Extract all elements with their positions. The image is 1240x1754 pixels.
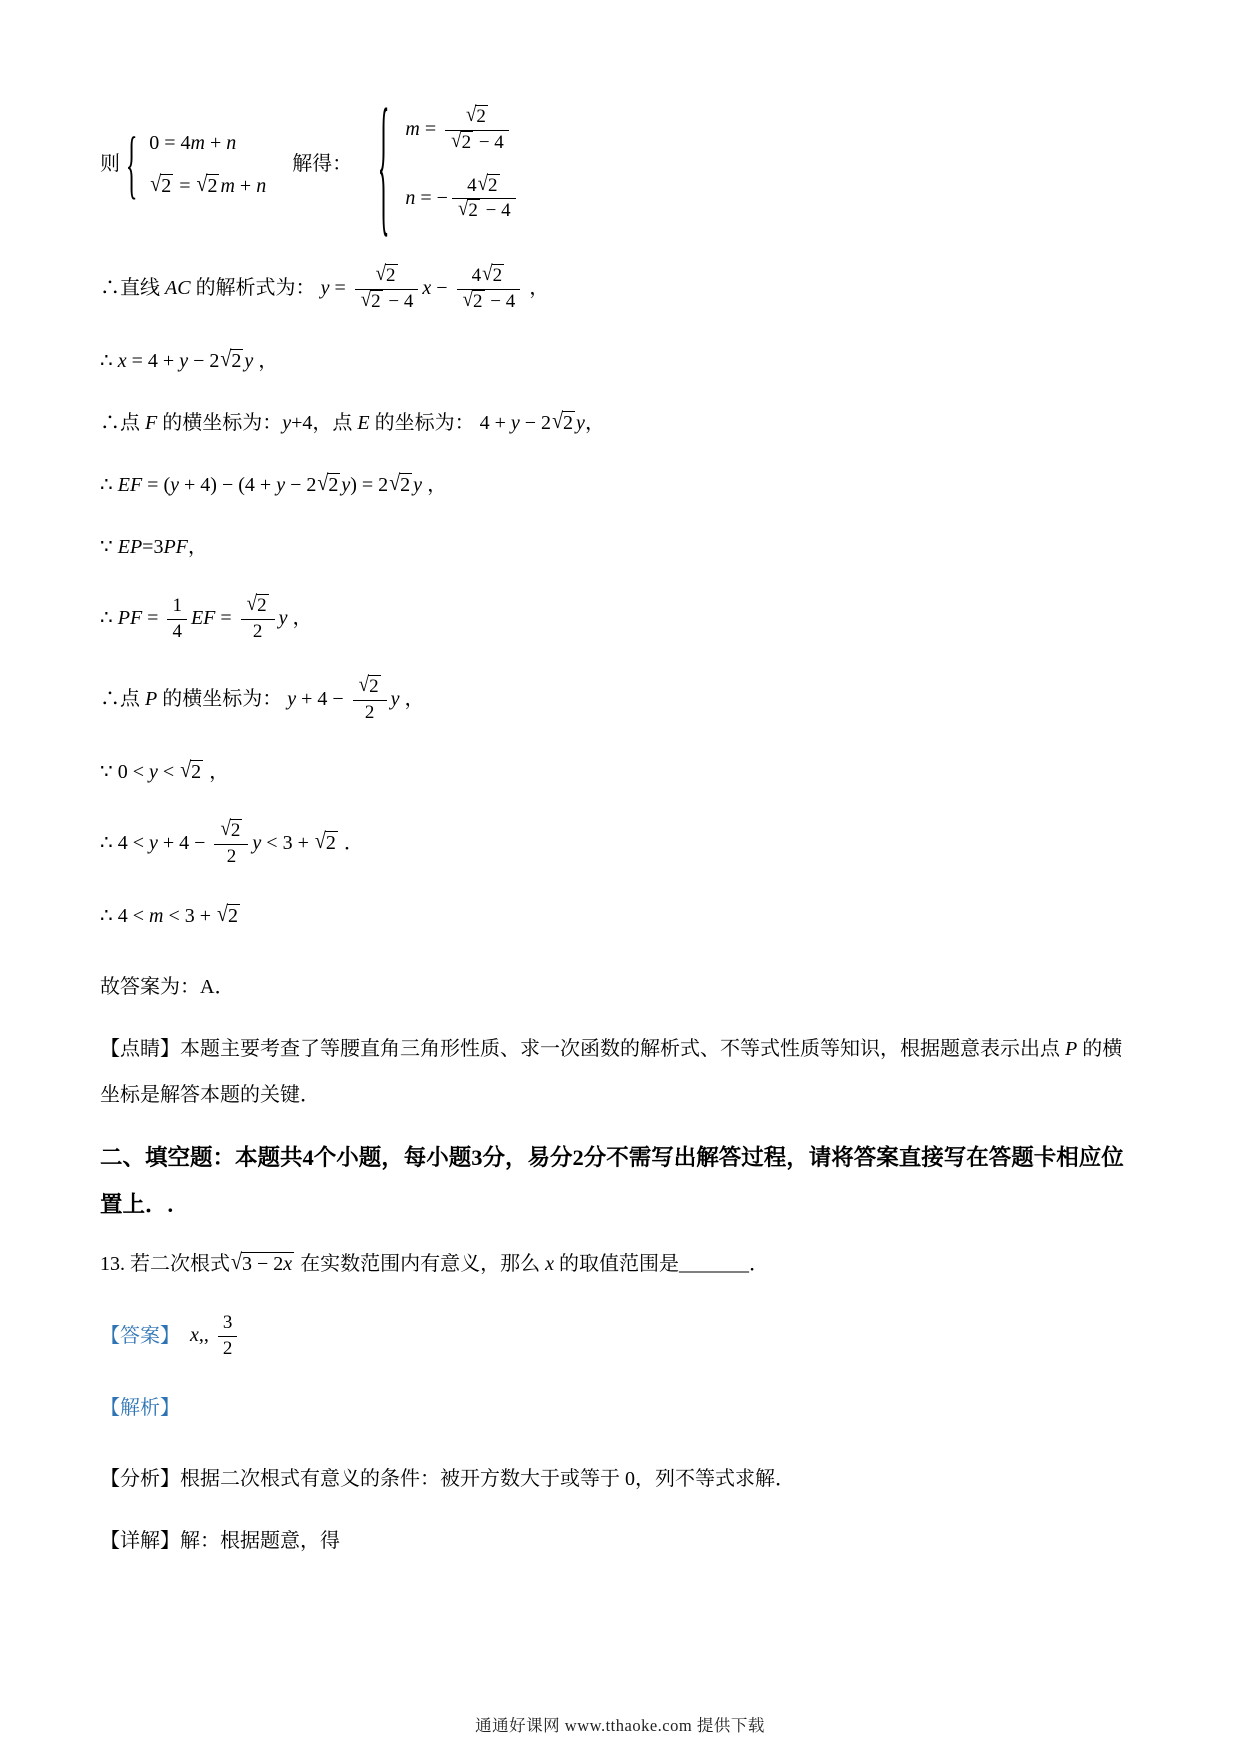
system-of-equations: 则{0 = 4m + n√2 = √2m + n解得：{m = √2√2 − 4… <box>100 106 1140 223</box>
answer-value: x,, 32 <box>190 1312 241 1361</box>
fraction: √22 <box>214 820 248 869</box>
line-inequality: ∴ 4 < y + 4 − √22y < 3 + √2 ． <box>100 820 1140 869</box>
left-brace: { <box>126 127 138 203</box>
line-y-range: ∵ 0 < y < √2 ， <box>100 758 1140 787</box>
brace-system: {m = √2√2 − 4n = −4√2√2 − 4 <box>372 106 519 223</box>
radical: √2 <box>359 676 381 699</box>
line-ef-length: ∴ EF = (y + 4) − (4 + y − 2√2y) = 2√2y ， <box>100 471 1140 500</box>
answer-label: 【答案】 <box>100 1322 180 1351</box>
radical: √2 <box>247 595 269 618</box>
radical: √2 <box>217 902 240 931</box>
conclusion-answer-a: 故答案为：A． <box>100 964 1140 1010</box>
answer-13-line: 【答案】 x,, 32 <box>100 1312 1140 1361</box>
radical: √2 <box>150 172 173 201</box>
radical: √2 <box>552 409 575 438</box>
line-x-equation: ∴ x = 4 + y − 2√2y ， <box>100 347 1140 376</box>
radical: √2 <box>389 471 412 500</box>
question-13-stem: 13. 若二次根式√3 − 2x 在实数范围内有意义，那么 x 的取值范围是__… <box>100 1250 1140 1279</box>
fraction: 32 <box>218 1312 238 1361</box>
xiangjie-paragraph: 【详解】解：根据题意，得 <box>100 1518 1140 1564</box>
remark-paragraph: 【点睛】本题主要考查了等腰直角三角形性质、求一次函数的解析式、不等式性质等知识，… <box>100 1026 1140 1118</box>
radical: √2 <box>482 265 504 288</box>
section-2-heading: 二、填空题：本题共4个小题，每小题3分，易分2分不需写出解答过程，请将答案直接写… <box>100 1134 1140 1229</box>
brace-system: {0 = 4m + n√2 = √2m + n <box>120 129 266 201</box>
line-ep-3pf: ∵ EP=3PF， <box>100 533 1140 562</box>
radical: √2 <box>180 758 203 787</box>
radical: √2 <box>463 291 485 314</box>
footer-site-text: 通通好课网 www.tthaoke.com 提供下载 <box>0 1712 1240 1736</box>
radical: √2 <box>317 471 340 500</box>
radical: √2 <box>458 200 480 223</box>
radical: √2 <box>466 106 488 129</box>
radical: √2 <box>478 175 500 198</box>
fraction: √22 <box>241 595 275 644</box>
radical: √3 − 2x <box>231 1250 294 1279</box>
radical: √2 <box>315 829 338 858</box>
fraction: 4√2√2 − 4 <box>452 175 516 224</box>
radical: √2 <box>196 172 219 201</box>
document-page: 则{0 = 4m + n√2 = √2m + n解得：{m = √2√2 − 4… <box>0 0 1240 1564</box>
fraction: 14 <box>167 595 187 644</box>
fraction: √22 <box>353 676 387 725</box>
fenxi-paragraph: 【分析】根据二次根式有意义的条件：被开方数大于或等于 0，列不等式求解． <box>100 1456 1140 1502</box>
line-f-e-coordinates: ∴点 F 的横坐标为：y+4，点 E 的坐标为： 4 + y − 2√2y， <box>100 409 1140 438</box>
radical: √2 <box>451 132 473 155</box>
line-m-range: ∴ 4 < m < 3 + √2 <box>100 902 1140 931</box>
radical: √2 <box>376 265 398 288</box>
jiexi-label: 【解析】 <box>100 1394 1140 1423</box>
radical: √2 <box>361 291 383 314</box>
left-brace: { <box>378 87 390 243</box>
fraction: √2√2 − 4 <box>445 106 509 155</box>
fraction: 4√2√2 − 4 <box>457 265 521 314</box>
line-p-abscissa: ∴点 P 的横坐标为： y + 4 − √22y ， <box>100 676 1140 725</box>
line-pf-value: ∴ PF = 14EF = √22y ， <box>100 595 1140 644</box>
fraction: √2√2 − 4 <box>355 265 419 314</box>
radical: √2 <box>220 820 242 843</box>
radical: √2 <box>220 347 243 376</box>
line-ac-expression: ∴直线 AC 的解析式为： y = √2√2 − 4x − 4√2√2 − 4 … <box>100 265 1140 314</box>
